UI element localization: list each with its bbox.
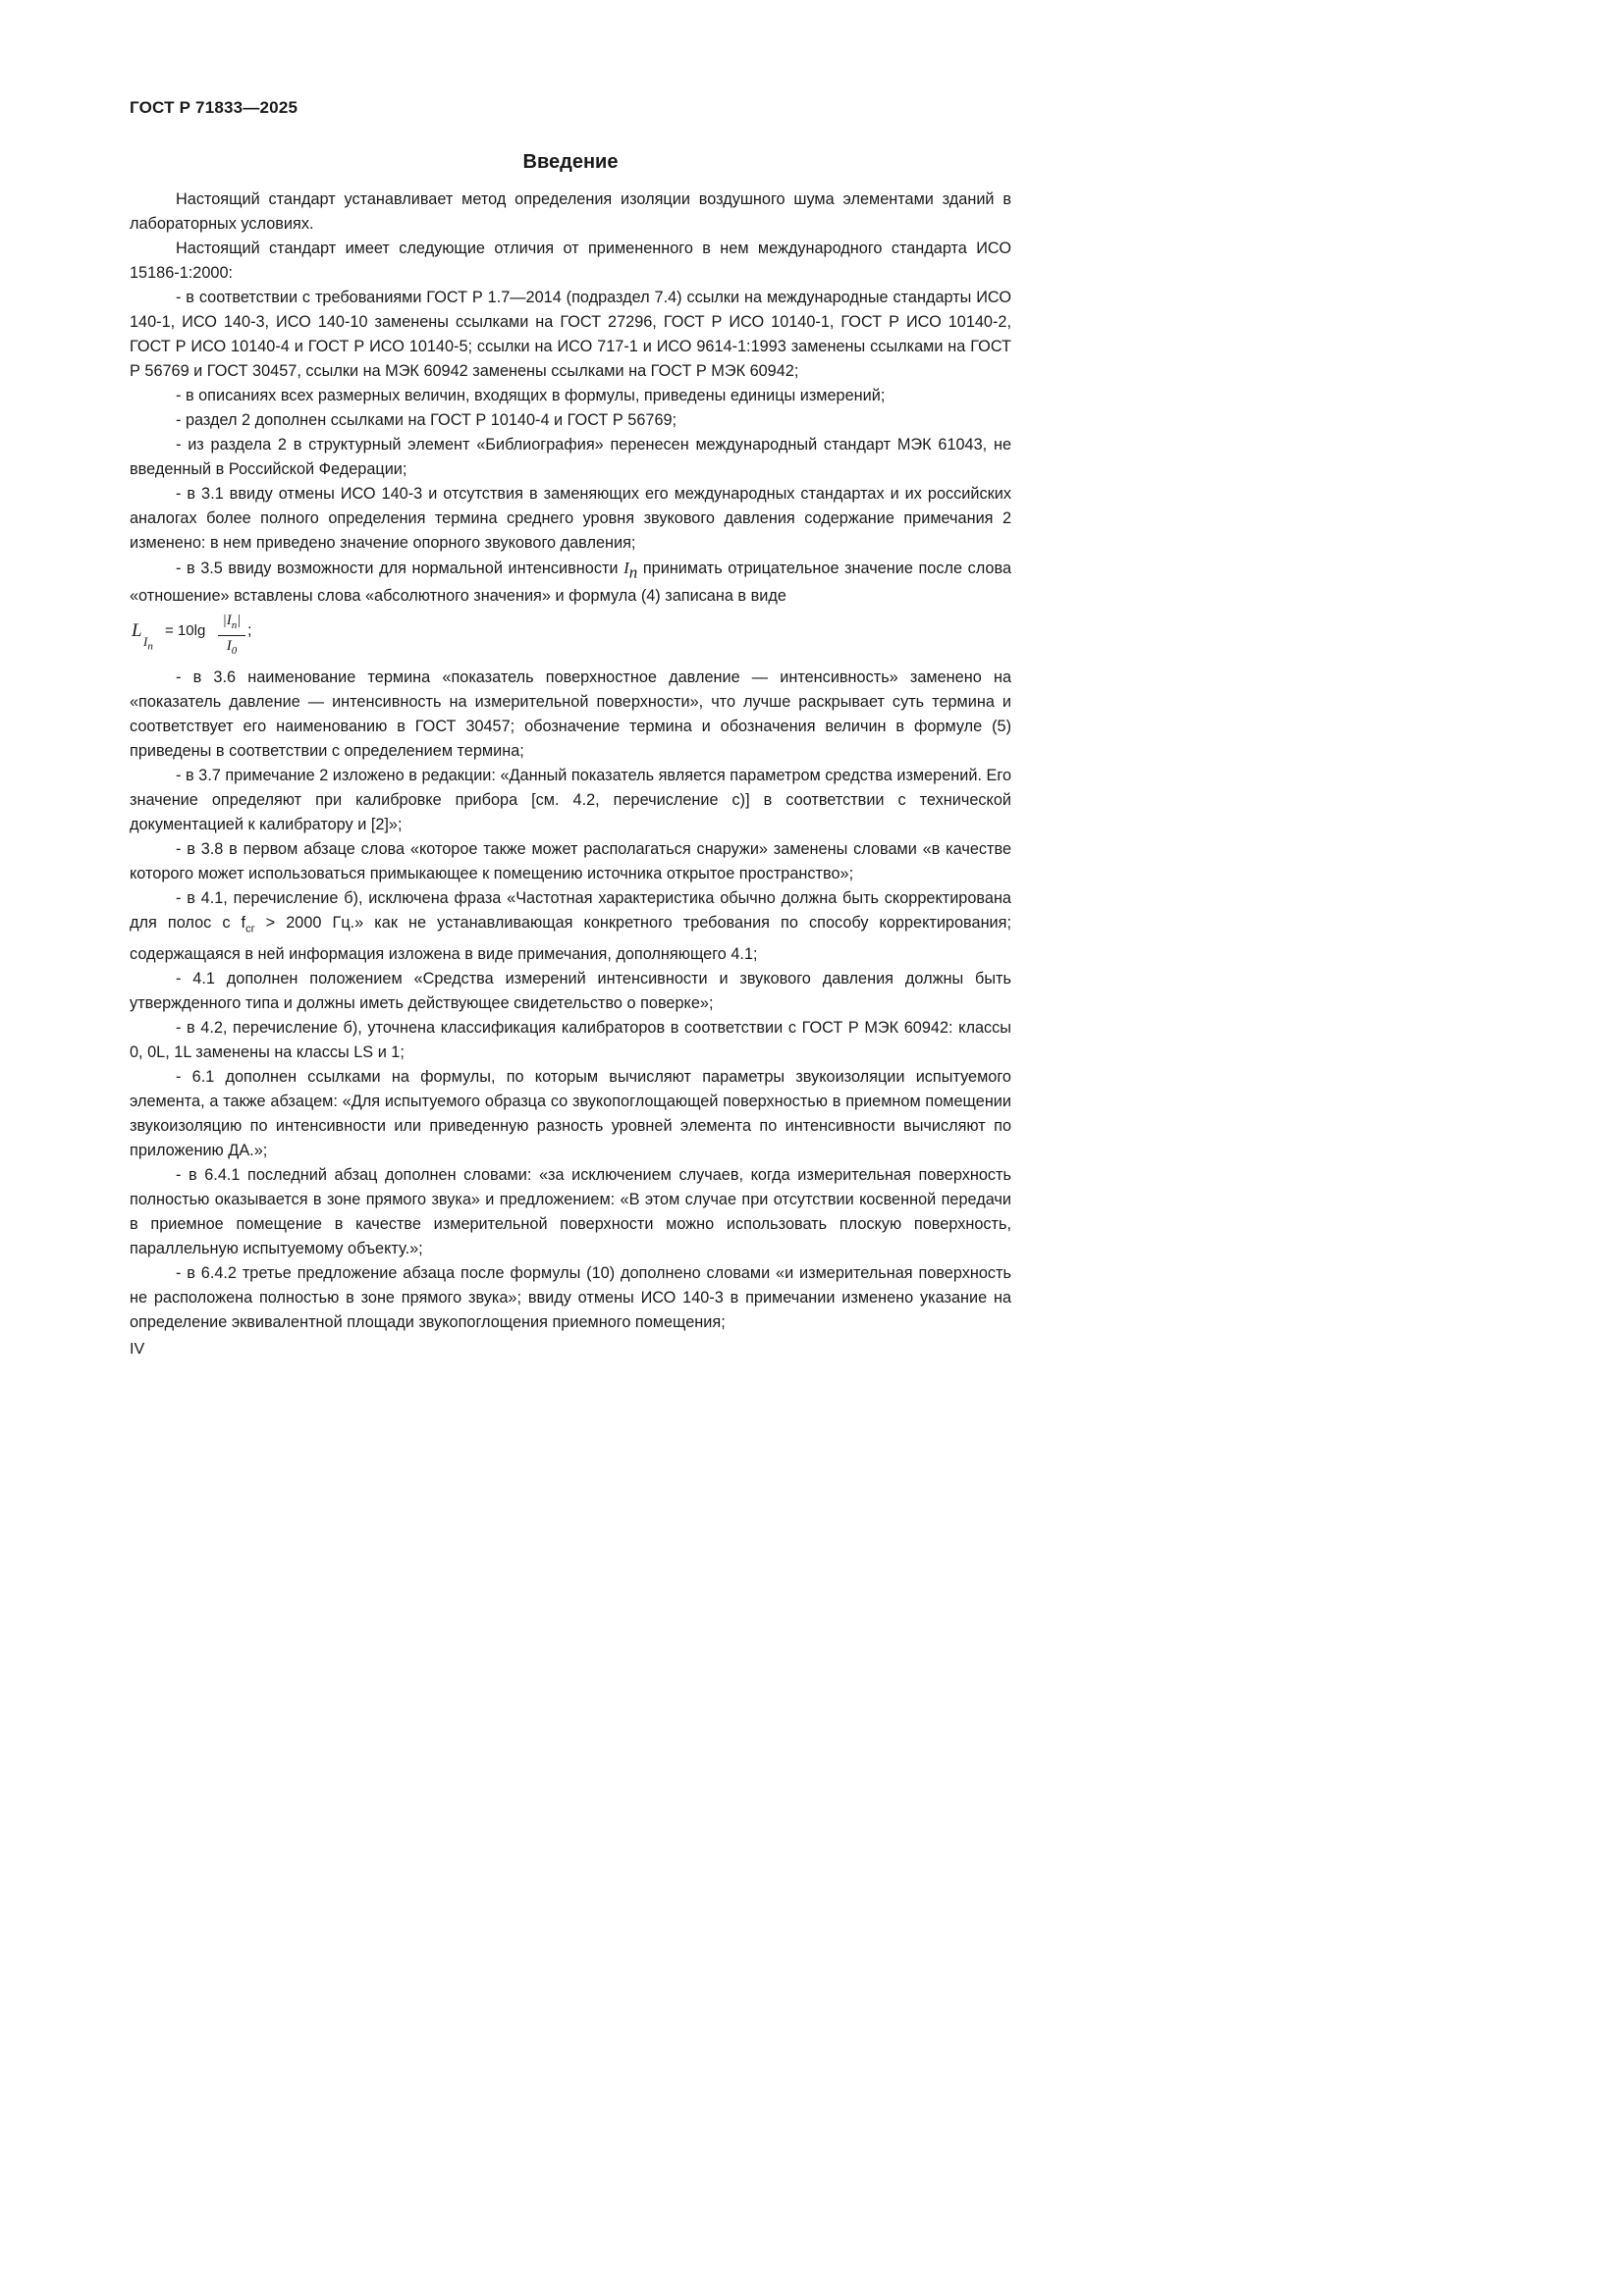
document-page: ГОСТ Р 71833—2025 Введение Настоящий ста… bbox=[130, 98, 1011, 1359]
list-item-units: - в описаниях всех размерных величин, вх… bbox=[130, 384, 1011, 408]
formula-4: L In = 10lg |In| I0 ; bbox=[130, 611, 1011, 662]
list-item-4-1-b: - в 4.1, перечисление б), исключена фраз… bbox=[130, 886, 1011, 966]
formula-fraction: |In| I0 bbox=[218, 611, 245, 661]
list-item-6-1: - 6.1 дополнен ссылками на формулы, по к… bbox=[130, 1065, 1011, 1163]
list-item-3-1: - в 3.1 ввиду отмены ИСО 140-3 и отсутст… bbox=[130, 482, 1011, 556]
paragraph-scope: Настоящий стандарт устанавливает метод о… bbox=[130, 187, 1011, 237]
document-code: ГОСТ Р 71833—2025 bbox=[130, 98, 1011, 124]
list-item-6-4-2: - в 6.4.2 третье предложение абзаца посл… bbox=[130, 1261, 1011, 1335]
list-item-3-5: - в 3.5 ввиду возможности для нормальной… bbox=[130, 556, 1011, 609]
paragraph-differences-intro: Настоящий стандарт имеет следующие отлич… bbox=[130, 237, 1011, 286]
list-item-3-6: - в 3.6 наименование термина «показатель… bbox=[130, 666, 1011, 764]
list-item-references: - в соответствии с требованиями ГОСТ Р 1… bbox=[130, 286, 1011, 384]
page-number: IV bbox=[130, 1341, 1011, 1359]
section-title: Введение bbox=[130, 151, 1011, 174]
list-item-section2: - раздел 2 дополнен ссылками на ГОСТ Р 1… bbox=[130, 408, 1011, 433]
list-item-3-7: - в 3.7 примечание 2 изложено в редакции… bbox=[130, 764, 1011, 837]
list-item-4-2: - в 4.2, перечисление б), уточнена класс… bbox=[130, 1016, 1011, 1065]
list-item-6-4-1: - в 6.4.1 последний абзац дополнен слова… bbox=[130, 1163, 1011, 1261]
list-item-4-1: - 4.1 дополнен положением «Средства изме… bbox=[130, 967, 1011, 1016]
list-item-bibliography: - из раздела 2 в структурный элемент «Би… bbox=[130, 433, 1011, 482]
list-item-3-8: - в 3.8 в первом абзаце слова «которое т… bbox=[130, 837, 1011, 886]
